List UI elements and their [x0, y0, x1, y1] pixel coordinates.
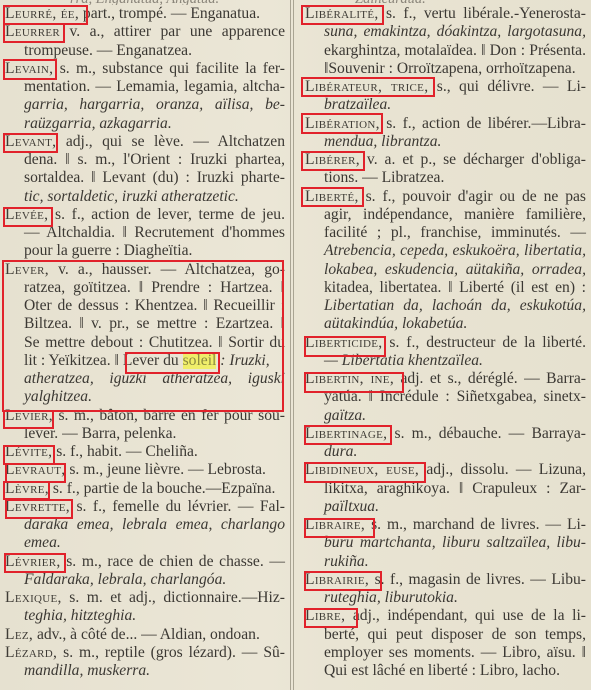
dictionary-page: rra, Engahatua, Angatua. Zalheurdua. Leu…	[0, 0, 591, 690]
headword[interactable]: Lever,	[5, 261, 49, 278]
entry-lez: Lez, adv., à côté de... — Aldian, ondoan…	[5, 626, 285, 644]
headword[interactable]: Levrette,	[5, 498, 70, 515]
entry-levite: Lévite, s. f., habit. — Cheliña.	[5, 443, 285, 461]
entry-liberer: Libérer, v. a. et p., se décharger d'obl…	[305, 151, 586, 188]
headword[interactable]: Leurré, ée,	[5, 5, 79, 22]
headword[interactable]: Lèvre,	[5, 480, 49, 497]
headword[interactable]: Libérer,	[305, 151, 360, 168]
headword[interactable]: Librairie,	[305, 571, 369, 588]
entry-liberation: Libération, s. f., action de libérer.—Li…	[305, 115, 586, 152]
left-column: Leurré, ée, part., trompé. — Enganatua. …	[5, 5, 285, 680]
headword[interactable]: Levier,	[5, 407, 53, 424]
headword[interactable]: Lexique,	[5, 589, 62, 606]
headword[interactable]: Lez,	[5, 626, 33, 643]
entry-levier: Levier, s. m., bâton, barre en fer pour …	[5, 407, 285, 444]
entry-liberte: Liberté, s. f., pouvoir d'agir ou de ne …	[305, 188, 586, 334]
headword[interactable]: Levant,	[5, 133, 56, 150]
entry-libidineux: Libidineux, euse, adj., dissolu. — Lizun…	[305, 461, 586, 516]
headword[interactable]: Libéralité,	[305, 5, 379, 22]
entry-librairie: Librairie, s. f., magasin de livres. — L…	[305, 571, 586, 608]
entry-levraut: Levraut, s. m., jeune lièvre. — Lebrosta…	[5, 461, 285, 479]
headword[interactable]: Libre,	[305, 607, 345, 624]
entry-libraire: Libraire, s. m., marchand de livres. — L…	[305, 516, 586, 571]
headword[interactable]: Lévite,	[5, 443, 52, 460]
headword[interactable]: Levain,	[5, 60, 53, 77]
entry-liberticide: Liberticide, s. f., destructeur de la li…	[305, 334, 586, 371]
headword[interactable]: Levée,	[5, 206, 48, 223]
highlighted-word[interactable]: soleil	[183, 352, 217, 369]
entry-liberalite: Libéralité, s. f., vertu libérale.-Yener…	[305, 5, 586, 78]
headword[interactable]: Liberté,	[305, 188, 359, 205]
headword[interactable]: Libérateur, trice,	[305, 78, 428, 95]
headword[interactable]: Liberticide,	[305, 334, 382, 351]
entry-levant: Levant, adj., qui se lève. — Altchatzen …	[5, 133, 285, 206]
column-divider	[290, 0, 294, 690]
entry-levrette: Levrette, s. f., femelle du lévrier. — F…	[5, 498, 285, 553]
headword[interactable]: Lévrier,	[5, 553, 61, 570]
headword[interactable]: Libidineux, euse,	[305, 461, 419, 478]
headword[interactable]: Lézard,	[5, 644, 57, 661]
entry-leurrer: Leurrer v. a., attirer par une apparence…	[5, 23, 285, 60]
entry-libertin: Libertin, ine, adj. et s., déréglé. — Ba…	[305, 370, 586, 425]
entry-liberateur: Libérateur, trice, s., qui délivre. — Li…	[305, 78, 586, 115]
entry-levain: Levain, s. m., substance qui facilite la…	[5, 60, 285, 133]
entry-levee: Levée, s. f., action de lever, terme de …	[5, 206, 285, 261]
headword[interactable]: Libération,	[305, 115, 380, 132]
entry-libre: Libre, adj., indépendant, qui use de la …	[305, 607, 586, 680]
entry-lezard: Lézard, s. m., reptile (gros lézard). — …	[5, 644, 285, 681]
headword[interactable]: Libraire,	[305, 516, 365, 533]
entry-libertinage: Libertinage, s. m., débauche. — Barraya-…	[305, 425, 586, 462]
entry-lexique: Lexique, s. m. et adj., dictionnaire.—Hi…	[5, 589, 285, 626]
right-column: Libéralité, s. f., vertu libérale.-Yener…	[305, 5, 586, 680]
entry-lever: Lever, v. a., hausser. — Altchatzea, go-…	[5, 261, 285, 407]
entry-leurre: Leurré, ée, part., trompé. — Enganatua.	[5, 5, 285, 23]
headword[interactable]: Libertin, ine,	[305, 370, 394, 387]
headword[interactable]: Libertinage,	[305, 425, 387, 442]
entry-levrier: Lévrier, s. m., race de chien de chasse.…	[5, 553, 285, 590]
headword[interactable]: Leurrer	[5, 23, 60, 40]
headword[interactable]: Levraut,	[5, 461, 65, 478]
phrase-lever-du-soleil[interactable]: Lever du soleil	[123, 352, 217, 369]
entry-levre: Lèvre, s. f., partie de la bouche.—Ezpaï…	[5, 480, 285, 498]
